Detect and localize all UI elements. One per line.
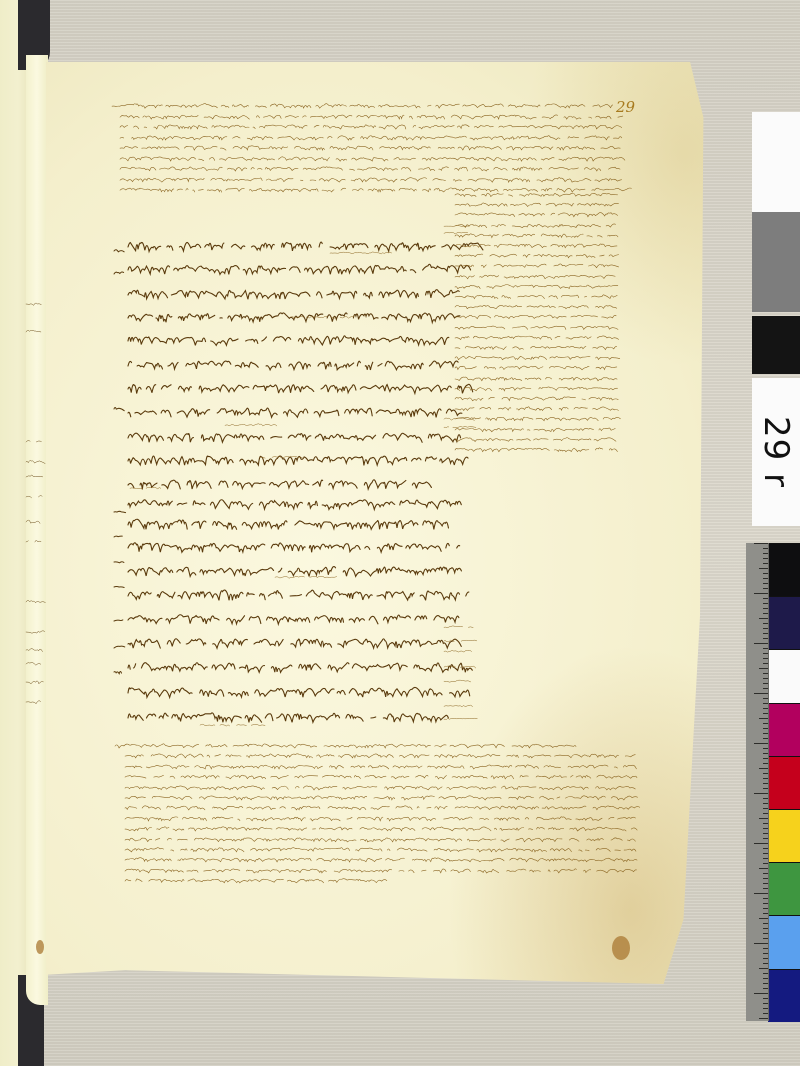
ruler-tick	[763, 803, 768, 804]
edge-stain	[36, 940, 44, 954]
ruler-tick	[763, 763, 768, 764]
ruler-tick	[763, 588, 768, 589]
ruler-tick	[759, 618, 768, 619]
ruler-tick	[763, 988, 768, 989]
ruler-tick	[763, 878, 768, 879]
ruler-tick	[763, 978, 768, 979]
color-patch	[768, 809, 800, 862]
ruler-tick	[763, 883, 768, 884]
ruler-tick	[763, 623, 768, 624]
ruler-tick	[763, 563, 768, 564]
grey-patch-mid	[752, 212, 800, 312]
ruler-tick	[759, 1018, 768, 1019]
ruler-tick	[759, 968, 768, 969]
measurement-ruler	[746, 543, 769, 1021]
ruler-tick	[763, 603, 768, 604]
ruler-tick	[763, 898, 768, 899]
ruler-tick	[763, 938, 768, 939]
ruler-tick	[763, 773, 768, 774]
ruler-tick	[759, 868, 768, 869]
ruler-tick	[763, 903, 768, 904]
ruler-tick	[763, 838, 768, 839]
folio-label-text: 29 r	[756, 416, 796, 488]
ruler-tick	[763, 748, 768, 749]
folio-label-card: 29 r	[752, 378, 800, 526]
ruler-tick	[763, 873, 768, 874]
ruler-tick	[763, 583, 768, 584]
ruler-tick	[759, 668, 768, 669]
ruler-tick	[763, 953, 768, 954]
ruler-tick	[763, 653, 768, 654]
folio-number: 29	[616, 98, 635, 116]
ruler-tick	[763, 923, 768, 924]
ruler-tick	[763, 783, 768, 784]
ruler-tick	[763, 703, 768, 704]
color-patch	[768, 543, 800, 596]
ruler-tick	[754, 993, 768, 994]
ink-stain	[612, 936, 630, 960]
ruler-tick	[763, 983, 768, 984]
ruler-tick	[754, 793, 768, 794]
ruler-tick	[763, 1013, 768, 1014]
ruler-tick	[763, 808, 768, 809]
ruler-tick	[763, 683, 768, 684]
ruler-tick	[763, 738, 768, 739]
ruler-tick	[759, 818, 768, 819]
ruler-tick	[763, 663, 768, 664]
ruler-tick	[754, 543, 768, 544]
ruler-tick	[754, 593, 768, 594]
leaf-edge	[26, 55, 48, 1005]
ruler-tick	[763, 648, 768, 649]
ruler-tick	[754, 693, 768, 694]
ruler-tick	[763, 673, 768, 674]
ruler-tick	[759, 768, 768, 769]
ruler-tick	[763, 723, 768, 724]
color-patch	[768, 862, 800, 915]
ruler-tick	[763, 928, 768, 929]
ruler-tick	[763, 863, 768, 864]
ruler-tick	[763, 813, 768, 814]
ruler-tick	[763, 858, 768, 859]
ruler-tick	[763, 758, 768, 759]
ruler-tick	[763, 708, 768, 709]
grey-patch-black	[752, 316, 800, 374]
ruler-tick	[763, 698, 768, 699]
color-patch	[768, 915, 800, 968]
ruler-tick	[754, 893, 768, 894]
ruler-tick	[763, 553, 768, 554]
ruler-tick	[763, 973, 768, 974]
color-patch	[768, 756, 800, 809]
ruler-tick	[754, 843, 768, 844]
ruler-tick	[763, 578, 768, 579]
ruler-tick	[754, 643, 768, 644]
ruler-tick	[763, 598, 768, 599]
ruler-tick	[763, 848, 768, 849]
ruler-tick	[763, 998, 768, 999]
ruler-tick	[763, 828, 768, 829]
ruler-tick	[763, 798, 768, 799]
ruler-tick	[763, 733, 768, 734]
ruler-tick	[763, 613, 768, 614]
ruler-tick	[763, 728, 768, 729]
ruler-tick	[763, 1003, 768, 1004]
grey-patch-white	[752, 112, 800, 212]
ruler-tick	[763, 633, 768, 634]
ruler-tick	[763, 753, 768, 754]
ruler-tick	[763, 688, 768, 689]
color-patch	[768, 703, 800, 756]
ruler-tick	[763, 628, 768, 629]
ruler-tick	[763, 778, 768, 779]
color-patch	[768, 649, 800, 702]
ruler-tick	[754, 943, 768, 944]
ruler-tick	[754, 743, 768, 744]
ruler-tick	[763, 908, 768, 909]
ruler-tick	[759, 568, 768, 569]
ruler-tick	[763, 638, 768, 639]
ruler-tick	[763, 713, 768, 714]
ruler-tick	[759, 918, 768, 919]
ruler-tick	[763, 548, 768, 549]
ruler-tick	[763, 853, 768, 854]
ruler-tick	[763, 948, 768, 949]
ruler-tick	[763, 1008, 768, 1009]
ruler-tick	[763, 658, 768, 659]
ruler-tick	[763, 823, 768, 824]
ruler-tick	[763, 933, 768, 934]
ruler-tick	[763, 558, 768, 559]
ruler-tick	[763, 833, 768, 834]
ruler-tick	[763, 958, 768, 959]
ruler-tick	[759, 718, 768, 719]
ruler-tick	[763, 963, 768, 964]
ruler-tick	[763, 913, 768, 914]
ruler-tick	[763, 678, 768, 679]
ruler-tick	[763, 788, 768, 789]
ruler-tick	[763, 608, 768, 609]
color-patch	[768, 969, 800, 1022]
ruler-tick	[763, 888, 768, 889]
color-patch	[768, 596, 800, 649]
ruler-tick	[763, 573, 768, 574]
